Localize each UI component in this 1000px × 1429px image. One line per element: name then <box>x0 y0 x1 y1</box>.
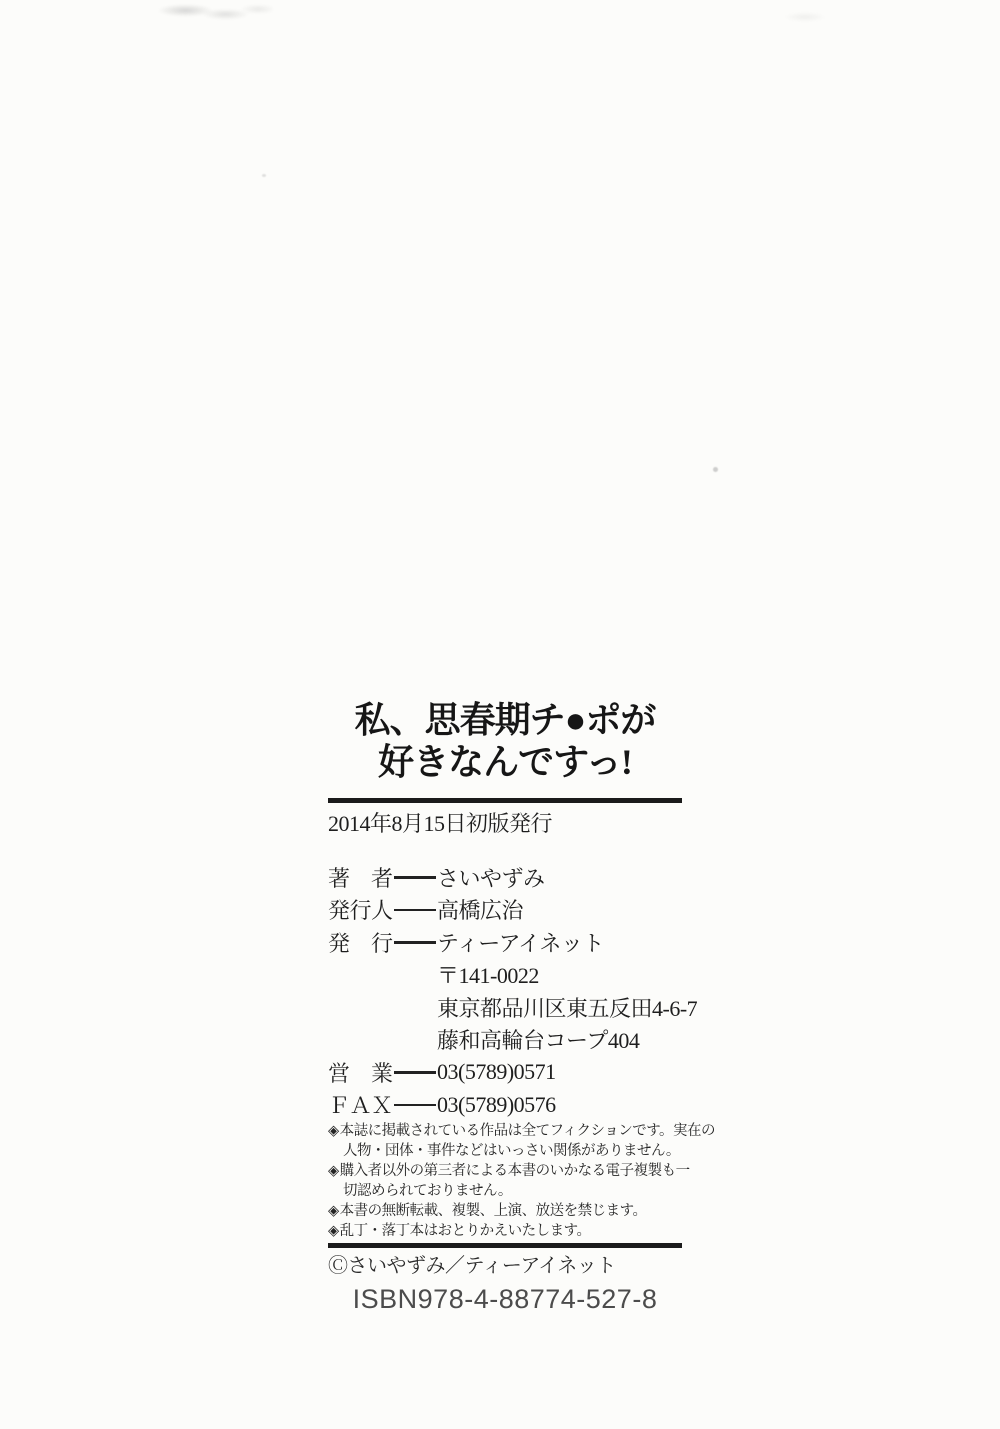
colophon-block: 私、思春期チ●ポが 好きなんですっ! 2014年8月15日初版発行 著 者 さい… <box>328 699 682 1314</box>
notice-fiction-line2: 人物・団体・事件などはいっさい関係がありません。 <box>328 1141 682 1161</box>
info-label: ＦＡＸ <box>328 1089 394 1120</box>
legal-notices: ◈本誌に掲載されている作品は全てフィクションです。実在の 人物・団体・事件などは… <box>328 1121 682 1241</box>
info-value: 東京都品川区東五反田4-6-7 <box>437 992 697 1023</box>
notice-fiction-line1: ◈本誌に掲載されている作品は全てフィクションです。実在の <box>328 1121 682 1141</box>
info-value: 藤和高輪台コープ404 <box>437 1024 639 1055</box>
dash-rule <box>394 941 436 944</box>
diamond-bullet-icon: ◈ <box>328 1163 339 1179</box>
notice-reproduction: ◈本書の無断転載、複製、上演、放送を禁じます。 <box>328 1201 682 1221</box>
dash-rule <box>394 1071 436 1074</box>
divider-rule-top <box>328 798 682 803</box>
info-label: 発 行 <box>328 927 394 958</box>
info-label: 営 業 <box>328 1057 394 1088</box>
scan-speck <box>713 467 718 472</box>
book-title-line2: 好きなんですっ! <box>328 741 682 783</box>
scan-speck <box>262 174 266 177</box>
notice-defective-copy: ◈乱丁・落丁本はおとりかえいたします。 <box>328 1221 682 1241</box>
diamond-bullet-icon: ◈ <box>328 1123 339 1139</box>
notice-text: 人物・団体・事件などはいっさい関係がありません。 <box>343 1143 680 1159</box>
info-row-publisher: 発 行 ティーアイネット <box>328 926 682 959</box>
info-label: 著 者 <box>328 862 394 893</box>
copyright-line: Ⓒさいやずみ／ティーアイネット <box>328 1255 682 1277</box>
info-value: ティーアイネット <box>437 927 604 958</box>
info-value: 03(5789)0576 <box>437 1092 556 1118</box>
notice-text: 本誌に掲載されている作品は全てフィクションです。実在の <box>340 1123 715 1139</box>
notice-text: 切認められておりません。 <box>343 1183 512 1199</box>
notice-digital-copy-line2: 切認められておりません。 <box>328 1181 682 1201</box>
dash-rule <box>394 1104 436 1107</box>
divider-rule-bottom <box>328 1243 682 1248</box>
isbn-number: ISBN978-4-88774-527-8 <box>328 1284 682 1314</box>
info-value: 高橋広治 <box>437 894 523 925</box>
info-row-postal-code: 〒141-0022 <box>328 959 682 992</box>
book-title: 私、思春期チ●ポが 好きなんですっ! <box>328 699 682 783</box>
edition-date: 2014年8月15日初版発行 <box>328 810 682 837</box>
info-value: さいやずみ <box>437 862 545 893</box>
info-row-sales-phone: 営 業 03(5789)0571 <box>328 1056 682 1089</box>
dash-rule <box>394 876 436 879</box>
info-row-fax: ＦＡＸ 03(5789)0576 <box>328 1089 682 1122</box>
book-title-line1: 私、思春期チ●ポが <box>328 699 682 741</box>
info-row-address2: 藤和高輪台コープ404 <box>328 1024 682 1057</box>
info-row-address1: 東京都品川区東五反田4-6-7 <box>328 991 682 1024</box>
notice-digital-copy-line1: ◈購入者以外の第三者による本書のいかなる電子複製も一 <box>328 1161 682 1181</box>
info-value: 03(5789)0571 <box>437 1059 556 1085</box>
diamond-bullet-icon: ◈ <box>328 1203 339 1219</box>
notice-text: 購入者以外の第三者による本書のいかなる電子複製も一 <box>340 1163 690 1179</box>
scanned-colophon-page: { "colophon": { "title_line1": "私、思春期チ●ポ… <box>0 0 1000 1429</box>
notice-text: 乱丁・落丁本はおとりかえいたします。 <box>340 1223 591 1239</box>
info-value: 〒141-0022 <box>437 959 539 990</box>
info-label: 発行人 <box>328 894 394 925</box>
diamond-bullet-icon: ◈ <box>328 1223 339 1239</box>
notice-text: 本書の無断転載、複製、上演、放送を禁じます。 <box>340 1203 647 1219</box>
info-row-author: 著 者 さいやずみ <box>328 861 682 894</box>
info-row-publisher-person: 発行人 高橋広治 <box>328 894 682 927</box>
dash-rule <box>394 909 436 912</box>
scan-smudge <box>148 0 273 26</box>
scan-smudge <box>770 8 840 26</box>
publication-info: 著 者 さいやずみ 発行人 高橋広治 発 行 ティーアイネット 〒141-002… <box>328 861 682 1121</box>
